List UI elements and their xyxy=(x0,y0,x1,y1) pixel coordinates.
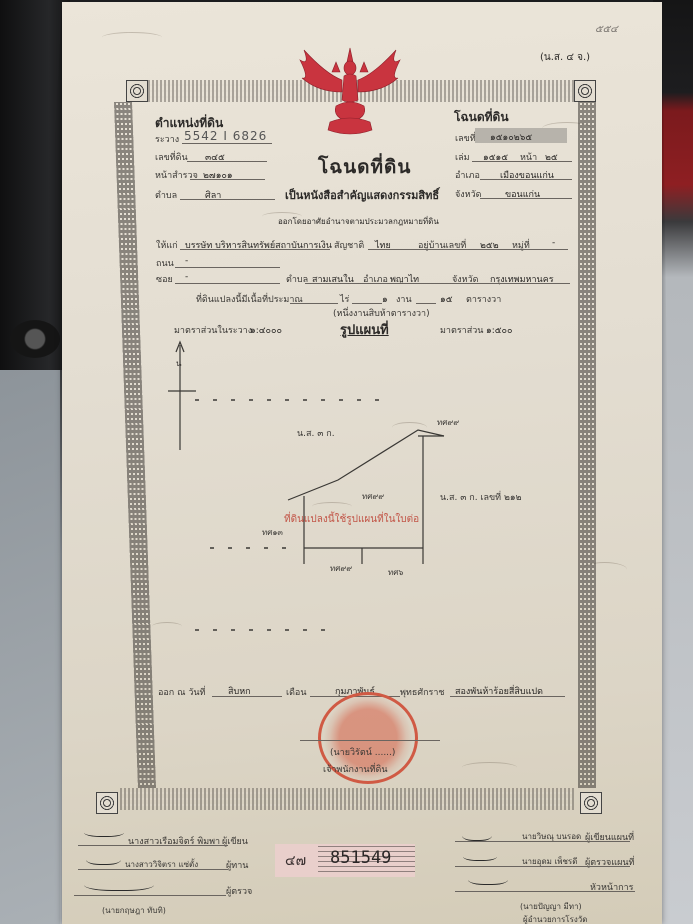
ngan-value: ๑ xyxy=(382,292,388,306)
map-title: รูปแผนที่ xyxy=(340,319,389,340)
north-label: น xyxy=(176,357,181,370)
floor-tile xyxy=(0,370,60,924)
deed-title-right: โฉนดที่ดิน xyxy=(454,108,509,127)
serial-number: 851549 xyxy=(330,848,391,868)
label-deed-no: เลขที่ xyxy=(455,131,476,145)
marker-center: ทศ๙๙ xyxy=(362,490,384,503)
label-rawang: ระวาง xyxy=(155,132,179,146)
officer-title: เจ้าพนักงานที่ดิน xyxy=(323,762,387,776)
area-in-words: (หนึ่งงานสิบห้าตารางวา) xyxy=(333,306,430,320)
right-footer-name: (นายปัญญา มีทา) xyxy=(520,900,582,913)
label-tambon: ตำบล xyxy=(155,188,177,202)
corner-ornament-icon xyxy=(126,80,148,102)
label-road: ถนน xyxy=(156,256,174,270)
rawang-value: 5542 I 6826 xyxy=(184,129,267,143)
signature-writer xyxy=(84,826,124,837)
label-amphoe: อำเภอ xyxy=(455,168,480,182)
label-scale-in-map: มาตราส่วนในระวาง xyxy=(174,323,252,337)
inspector-role: ผู้ตรวจ xyxy=(226,884,252,898)
wa-value: ๑๕ xyxy=(440,292,453,306)
deed-no-value: ๑๕๑๐๒๖๕ xyxy=(490,130,532,144)
label-volume: เล่ม xyxy=(455,150,470,164)
corner-ornament-icon xyxy=(580,792,602,814)
label-to: ให้แก่ xyxy=(156,238,178,252)
road-value: - xyxy=(185,256,188,266)
neighbor-top: น.ส. ๓ ก. xyxy=(297,426,335,440)
label-ngan: งาน xyxy=(396,292,412,306)
chair-wheel xyxy=(10,320,60,358)
label-rai: ไร่ xyxy=(340,292,349,306)
scale-in-map-value: ๑:๔๐๐๐ xyxy=(250,323,282,337)
marker-top-right: ทศ๙๙ xyxy=(437,416,459,429)
label-month: เดือน xyxy=(286,685,306,699)
label-province: จังหวัด xyxy=(455,187,482,201)
corner-ornament-icon xyxy=(574,80,596,102)
signature-inspector xyxy=(84,876,154,891)
label-year: พุทธศักราช xyxy=(400,685,445,699)
border-pattern-bottom xyxy=(120,788,574,810)
signature-reviewer xyxy=(86,852,121,865)
signature-map-inspector xyxy=(463,850,497,861)
right-footer-title: ผู้อำนวยการโรงวัด xyxy=(523,913,587,924)
label-soi: ซอย xyxy=(156,272,173,286)
corner-ornament-icon xyxy=(96,792,118,814)
deed-subtitle-2: ออกโดยอาศัยอำนาจตามประมวลกฎหมายที่ดิน xyxy=(278,215,439,228)
red-map-note: ที่ดินแปลงนี้ใช้รูปแผนที่ในใบต่อ xyxy=(284,512,419,527)
label-issued: ออก ณ วันที่ xyxy=(158,685,205,699)
neighbor-right: น.ส. ๓ ก. เลขที่ ๒๑๒ xyxy=(440,490,522,504)
deed-main-title: โฉนดที่ดิน xyxy=(318,152,411,182)
moo-value: - xyxy=(552,238,555,248)
label-area: ที่ดินแปลงนี้มีเนื้อที่ประมาณ xyxy=(196,292,303,306)
label-land-no: เลขที่ดิน xyxy=(155,150,188,164)
soi-value: - xyxy=(185,272,188,282)
label-scale: มาตราส่วน xyxy=(440,323,483,337)
border-pattern-right xyxy=(578,102,596,788)
reviewer-role: ผู้ทาน xyxy=(226,858,248,872)
deed-subtitle: เป็นหนังสือสำคัญแสดงกรรมสิทธิ์ xyxy=(285,186,439,204)
garuda-emblem-icon xyxy=(296,44,404,140)
marker-left: ทศ๑๓ xyxy=(262,526,283,539)
label-nationality: สัญชาติ xyxy=(334,238,364,252)
left-footer-name: (นายกฤษฎา ทับทิ) xyxy=(102,904,166,917)
signature-map-writer xyxy=(462,828,492,841)
marker-bottom-right: ทศ๖ xyxy=(388,566,403,579)
serial-prefix: ๔๗ xyxy=(285,850,306,872)
background-chair xyxy=(0,0,70,370)
scale-value: ๑:๕๐๐ xyxy=(486,323,513,337)
marker-bottom-left: ทศ๙๙ xyxy=(330,562,352,575)
form-code: (น.ส. ๔ จ.) xyxy=(540,50,590,65)
officer-name: (นายวิรัตน์ ......) xyxy=(330,745,395,759)
signature-chief xyxy=(468,872,508,885)
label-wa: ตารางวา xyxy=(466,292,501,306)
corner-note: ๕๕๔ xyxy=(595,22,618,37)
